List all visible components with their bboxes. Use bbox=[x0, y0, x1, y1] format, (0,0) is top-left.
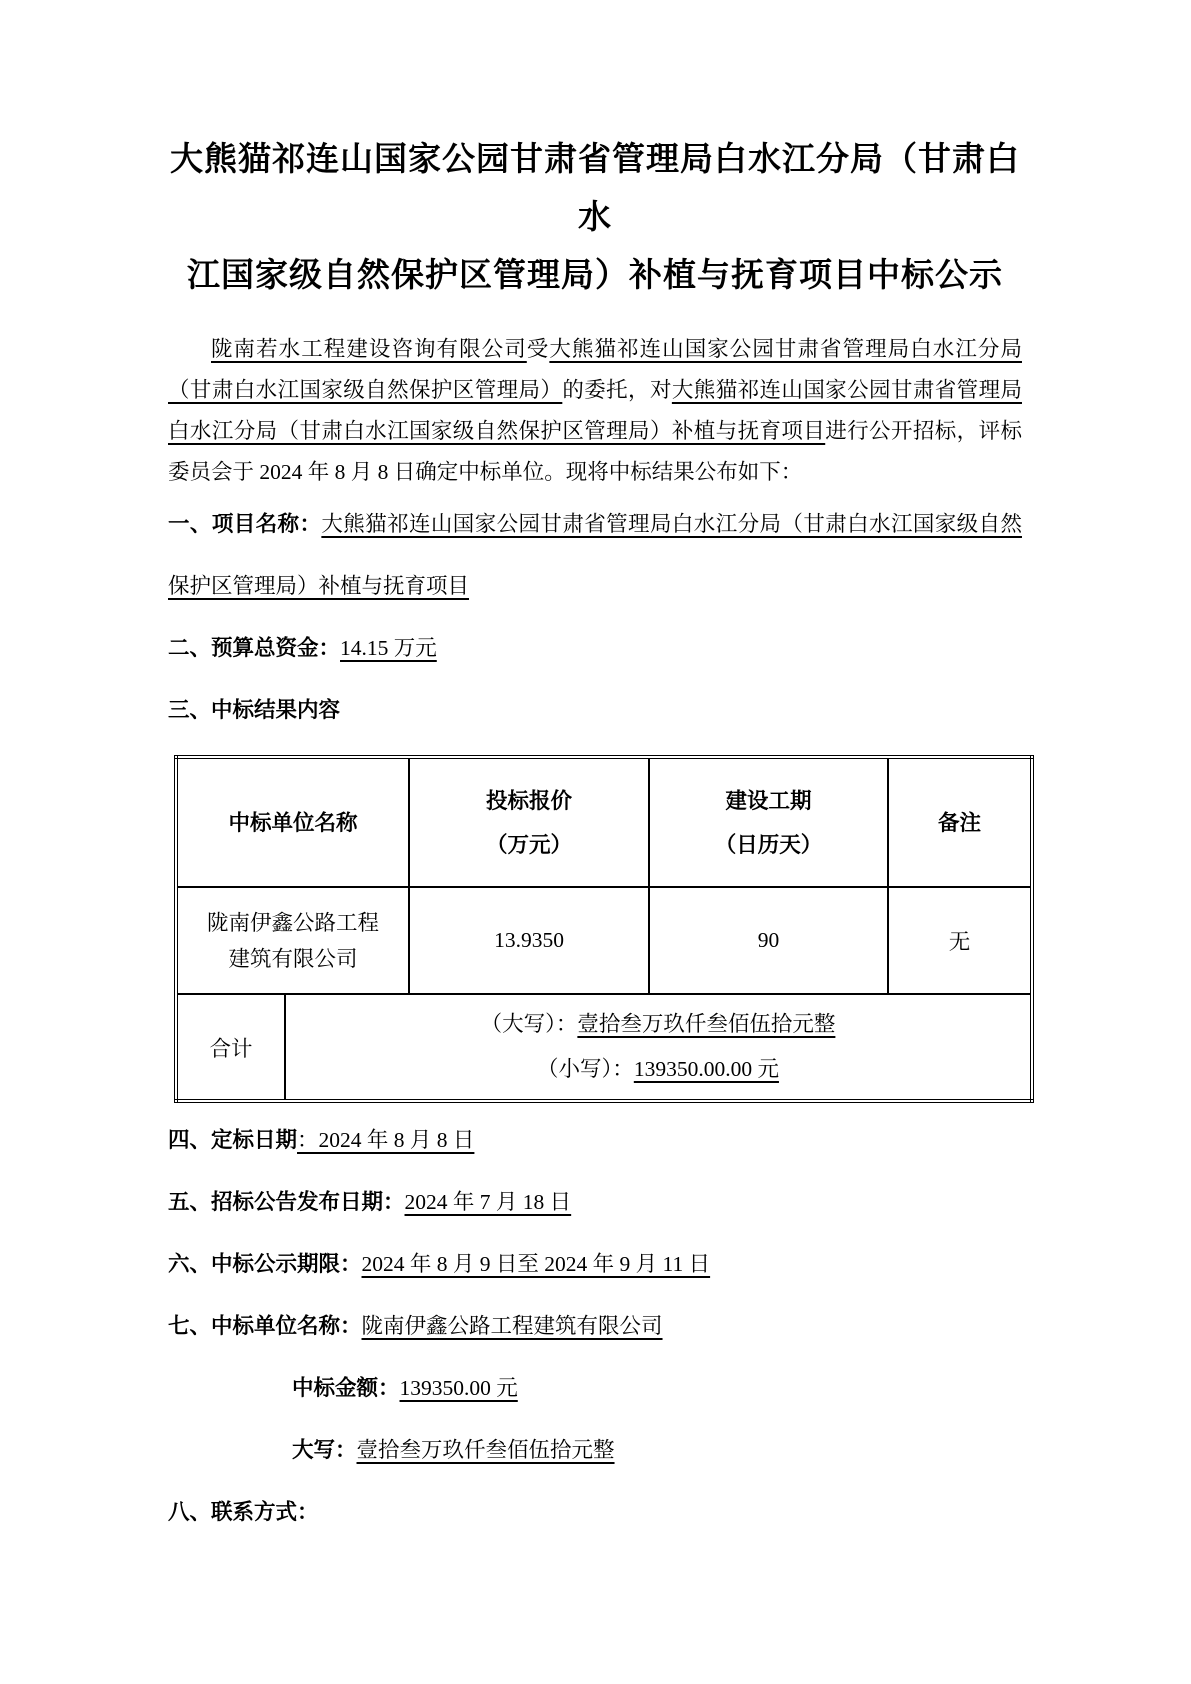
header-duration: 建设工期 （日历天） bbox=[649, 757, 888, 887]
document-page: 大熊猫祁连山国家公园甘肃省管理局白水江分局（甘肃白水江国家级自然保护区管理局）补… bbox=[0, 0, 1191, 1684]
daxie-label: （大写）： bbox=[481, 1012, 578, 1036]
publicity-period-value: 2024 年 8 月 9 日至 2024 年 9 月 11 日 bbox=[362, 1252, 711, 1276]
header-note: 备注 bbox=[888, 757, 1032, 887]
xiaoxie-label: （小写）： bbox=[537, 1057, 634, 1081]
section-announcement-date: 五、招标公告发布日期：2024 年 7 月 18 日 bbox=[168, 1171, 1022, 1233]
section-label: 二、预算总资金： bbox=[168, 636, 340, 660]
result-table-wrapper: 中标单位名称 投标报价 （万元） 建设工期 （日历天） 备注 陇南伊鑫公路工程 … bbox=[174, 755, 1022, 1103]
intro-run-plain-2: 的委托，对 bbox=[562, 378, 672, 402]
daxie-value: 壹拾叁万玖仟叁佰伍拾元整 bbox=[577, 1012, 835, 1036]
table-header-row: 中标单位名称 投标报价 （万元） 建设工期 （日历天） 备注 bbox=[176, 757, 1032, 887]
section-publicity-period: 六、中标公示期限：2024 年 8 月 9 日至 2024 年 9 月 11 日 bbox=[168, 1233, 1022, 1295]
intro-paragraph: 陇南若水工程建设咨询有限公司受大熊猫祁连山国家公园甘肃省管理局白水江分局（甘肃白… bbox=[168, 329, 1022, 493]
section-winner-amount-words: 大写：壹拾叁万玖仟叁佰伍拾元整 bbox=[292, 1419, 1022, 1481]
xiaoxie-value: 139350.00.00 元 bbox=[634, 1057, 779, 1081]
section-label: 八、联系方式： bbox=[168, 1500, 319, 1524]
intro-run-agency: 陇南若水工程建设咨询有限公司 bbox=[211, 337, 527, 361]
section-project-name: 一、项目名称：大熊猫祁连山国家公园甘肃省管理局白水江分局（甘肃白水江国家级自然保… bbox=[168, 493, 1022, 617]
award-date-value: ：2024 年 8 月 8 日 bbox=[297, 1128, 474, 1152]
announcement-date-value: 2024 年 7 月 18 日 bbox=[405, 1190, 572, 1214]
cell-bid-price: 13.9350 bbox=[409, 887, 649, 994]
winner-amount-value: 139350.00 元 bbox=[400, 1376, 518, 1400]
cell-company: 陇南伊鑫公路工程 建筑有限公司 bbox=[176, 887, 409, 994]
cell-duration: 90 bbox=[649, 887, 888, 994]
section-winner-name: 七、中标单位名称：陇南伊鑫公路工程建筑有限公司 bbox=[168, 1295, 1022, 1357]
cell-note: 无 bbox=[888, 887, 1032, 994]
cell-total-label: 合计 bbox=[176, 994, 285, 1101]
section-result-heading: 三、中标结果内容 bbox=[168, 679, 1022, 741]
total-xiaoxie-line: （小写）：139350.00.00 元 bbox=[286, 1047, 1030, 1092]
total-daxie-line: （大写）：壹拾叁万玖仟叁佰伍拾元整 bbox=[286, 1002, 1030, 1047]
title-line-1: 大熊猫祁连山国家公园甘肃省管理局白水江分局（甘肃白水 bbox=[170, 142, 1020, 236]
header-bid-price: 投标报价 （万元） bbox=[409, 757, 649, 887]
section-budget: 二、预算总资金：14.15 万元 bbox=[168, 617, 1022, 679]
title-line-2: 江国家级自然保护区管理局）补植与抚育项目中标公示 bbox=[187, 258, 1003, 294]
section-label: 四、定标日期 bbox=[168, 1128, 297, 1152]
section-winner-amount: 中标金额：139350.00 元 bbox=[292, 1357, 1022, 1419]
section-label: 三、中标结果内容 bbox=[168, 698, 340, 722]
cell-total-amounts: （大写）：壹拾叁万玖仟叁佰伍拾元整 （小写）：139350.00.00 元 bbox=[285, 994, 1032, 1101]
intro-run-plain-1: 受 bbox=[527, 337, 550, 361]
winner-amount-words-value: 壹拾叁万玖仟叁佰伍拾元整 bbox=[357, 1438, 615, 1462]
section-label: 一、项目名称： bbox=[168, 512, 321, 536]
winner-name-value: 陇南伊鑫公路工程建筑有限公司 bbox=[362, 1314, 663, 1338]
section-label: 大写： bbox=[292, 1438, 357, 1462]
section-label: 中标金额： bbox=[292, 1376, 400, 1400]
header-company: 中标单位名称 bbox=[176, 757, 409, 887]
section-label: 五、招标公告发布日期： bbox=[168, 1190, 405, 1214]
budget-value: 14.15 万元 bbox=[340, 636, 437, 660]
section-contact: 八、联系方式： bbox=[168, 1481, 1022, 1543]
table-total-row: 合计 （大写）：壹拾叁万玖仟叁佰伍拾元整 （小写）：139350.00.00 元 bbox=[176, 994, 1032, 1101]
section-label: 六、中标公示期限： bbox=[168, 1252, 362, 1276]
section-award-date: 四、定标日期：2024 年 8 月 8 日 bbox=[168, 1109, 1022, 1171]
document-title: 大熊猫祁连山国家公园甘肃省管理局白水江分局（甘肃白水江国家级自然保护区管理局）补… bbox=[168, 131, 1022, 305]
result-table: 中标单位名称 投标报价 （万元） 建设工期 （日历天） 备注 陇南伊鑫公路工程 … bbox=[174, 755, 1034, 1103]
table-row: 陇南伊鑫公路工程 建筑有限公司 13.9350 90 无 bbox=[176, 887, 1032, 994]
section-label: 七、中标单位名称： bbox=[168, 1314, 362, 1338]
